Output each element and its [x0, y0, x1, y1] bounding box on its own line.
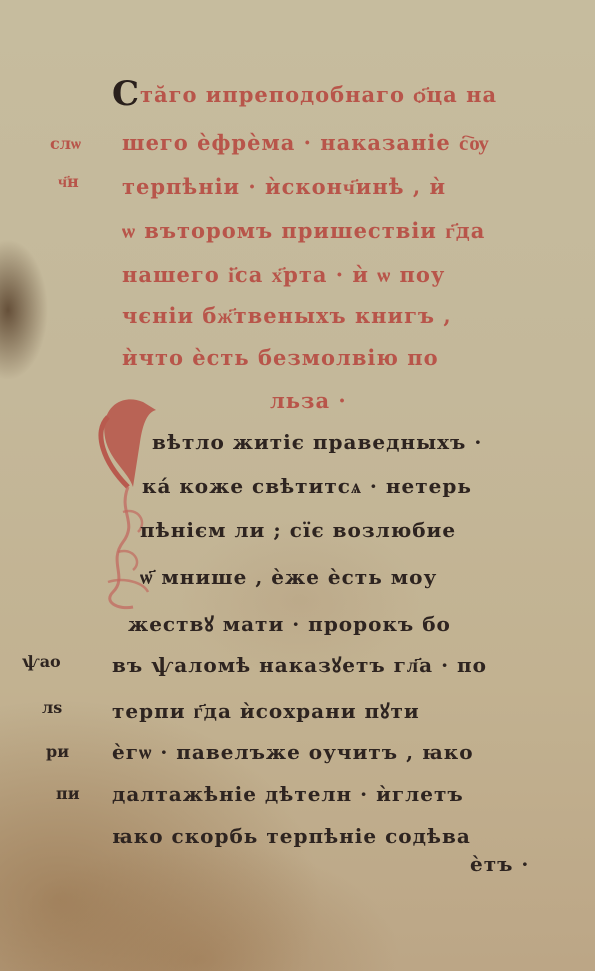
margin-note-red-2: ч҃н [58, 172, 79, 192]
rubric-line-3: терпѣніи · ѝсконч҃инѣ , ѝ [122, 174, 446, 200]
title-initial: С [112, 74, 139, 114]
margin-note-black-1: ѱао [22, 652, 61, 671]
margin-note-black-3: ри [46, 742, 69, 761]
body-line-4: ѡ҃ мнише , ѐже ѐсть моу [140, 565, 437, 590]
body-line-10: ꙗко скорбь терпѣніе содѣва [112, 824, 471, 848]
body-line-1: вѣтло житіє праведныхъ · [152, 430, 482, 454]
rubric-line-2: шего ѐфрѐма · наказаніе с҇ѹ [122, 130, 490, 156]
rubric-line-7: ѝчто ѐсть безмолвію по [122, 345, 439, 370]
rubric-line-8: льза · [270, 388, 347, 413]
body-line-7: терпи г҃да ѝсохрани пꙋти [112, 697, 420, 724]
rubric-line-5: нашего і҃са х҃рта · ѝ ѡ поу [122, 262, 445, 288]
body-line-6: въ ѱаломѣ наказꙋетъ гл҃а · по [112, 651, 487, 678]
margin-note-red-1: слѡ [50, 134, 81, 154]
body-line-11: ѐтъ · [470, 852, 529, 876]
rubric-line-1: тӑго ипреподобнаго ѻ҃ца на [140, 82, 497, 108]
margin-note-black-4: пи [56, 784, 80, 803]
rubric-line-6: чєніи бж҃твеныхъ книгъ , [122, 303, 452, 329]
body-line-9: далтажѣніе дѣтелн · ѝглетъ [112, 782, 464, 806]
body-line-5: жествꙋ мати · пророкъ бо [128, 610, 451, 637]
margin-note-black-2: лѕ [42, 698, 62, 717]
manuscript-page: С тӑго ипреподобнаго ѻ҃ца на шего ѐфрѐма… [0, 0, 595, 971]
rubric-line-4: ѡ въторомъ пришествіи г҃да [122, 218, 485, 244]
body-line-3: пѣнієм ли ; сїє возлюбие [140, 518, 456, 542]
body-line-2: ка́ коже свѣтитсѧ · нетерь [142, 474, 472, 499]
body-line-8: ѐгѡ · павелъже оучитъ , ꙗко [112, 740, 474, 765]
